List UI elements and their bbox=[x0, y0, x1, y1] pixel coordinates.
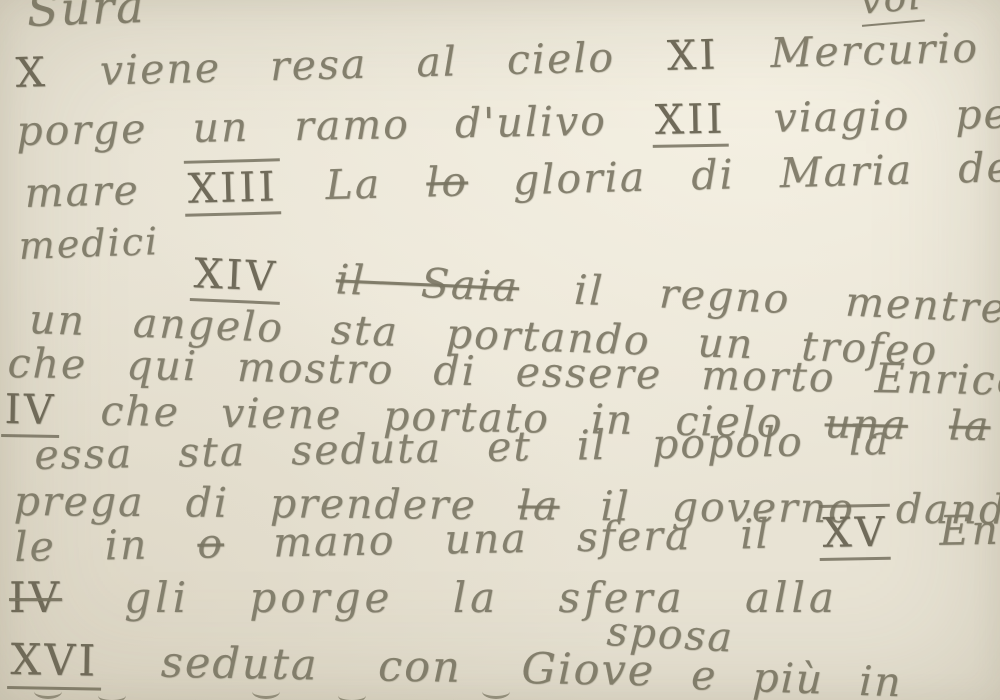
manuscript-text-area: SuraX viene resa al cielo XI Mercurio lo… bbox=[0, 0, 1000, 700]
roman-numeral: XV bbox=[819, 504, 891, 561]
struck-word: il Saia bbox=[335, 255, 520, 311]
cut-off-stroke bbox=[34, 684, 62, 699]
line-sura: Sura bbox=[26, 0, 146, 37]
handwritten-word: porge un ramo d'ulivo bbox=[16, 97, 607, 155]
handwritten-word: mano una sfera il bbox=[273, 510, 771, 567]
handwritten-word: La bbox=[325, 160, 382, 209]
handwritten-word: Sura bbox=[26, 0, 146, 37]
line-xvi: XVI seduta con Giove bbox=[7, 636, 655, 697]
handwritten-word: Mercurio lo bbox=[770, 21, 1000, 77]
handwritten-word: e più in bbox=[690, 651, 903, 700]
roman-numeral: XVI bbox=[7, 635, 102, 691]
corner-note: vol bbox=[858, 0, 924, 24]
cut-off-stroke bbox=[338, 688, 366, 700]
handwritten-word: mare bbox=[24, 166, 140, 217]
line-piu-in: e più in bbox=[690, 652, 903, 700]
cut-off-stroke bbox=[252, 684, 280, 699]
struck-word: lo bbox=[426, 157, 469, 206]
cut-off-stroke bbox=[482, 684, 510, 699]
line-medici: medici bbox=[18, 220, 160, 269]
struck-word: o bbox=[197, 519, 225, 567]
cut-off-stroke bbox=[426, 692, 454, 700]
line-xiii: mare XIII La lo gloria di Maria de bbox=[24, 144, 1000, 217]
roman-numeral: XII bbox=[651, 95, 728, 148]
handwritten-word: medici bbox=[18, 219, 160, 268]
line-xii: porge un ramo d'ulivo XII viagio per bbox=[16, 90, 1000, 155]
roman-numeral: XIII bbox=[184, 158, 281, 216]
roman-numeral: XIV bbox=[190, 249, 282, 305]
cut-off-stroke bbox=[98, 688, 126, 700]
handwritten-word: gloria di Maria de bbox=[512, 143, 1000, 204]
handwritten-word: Enrico bbox=[939, 504, 1000, 555]
struck-word: la bbox=[948, 402, 990, 451]
roman-numeral: XI bbox=[663, 30, 722, 79]
handwritten-word: le in bbox=[14, 521, 149, 571]
roman-numeral: X bbox=[12, 48, 51, 97]
handwritten-word: viene resa al cielo bbox=[99, 33, 615, 94]
handwritten-word: viagio per bbox=[773, 89, 1000, 141]
cut-off-stroke bbox=[168, 692, 196, 700]
roman-numeral: IV bbox=[6, 573, 65, 622]
manuscript-page: SuraX viene resa al cielo XI Mercurio lo… bbox=[0, 0, 1000, 700]
line-x-xi: X viene resa al cielo XI Mercurio lo bbox=[12, 22, 1000, 97]
handwritten-word: seduta con Giove bbox=[160, 638, 655, 697]
